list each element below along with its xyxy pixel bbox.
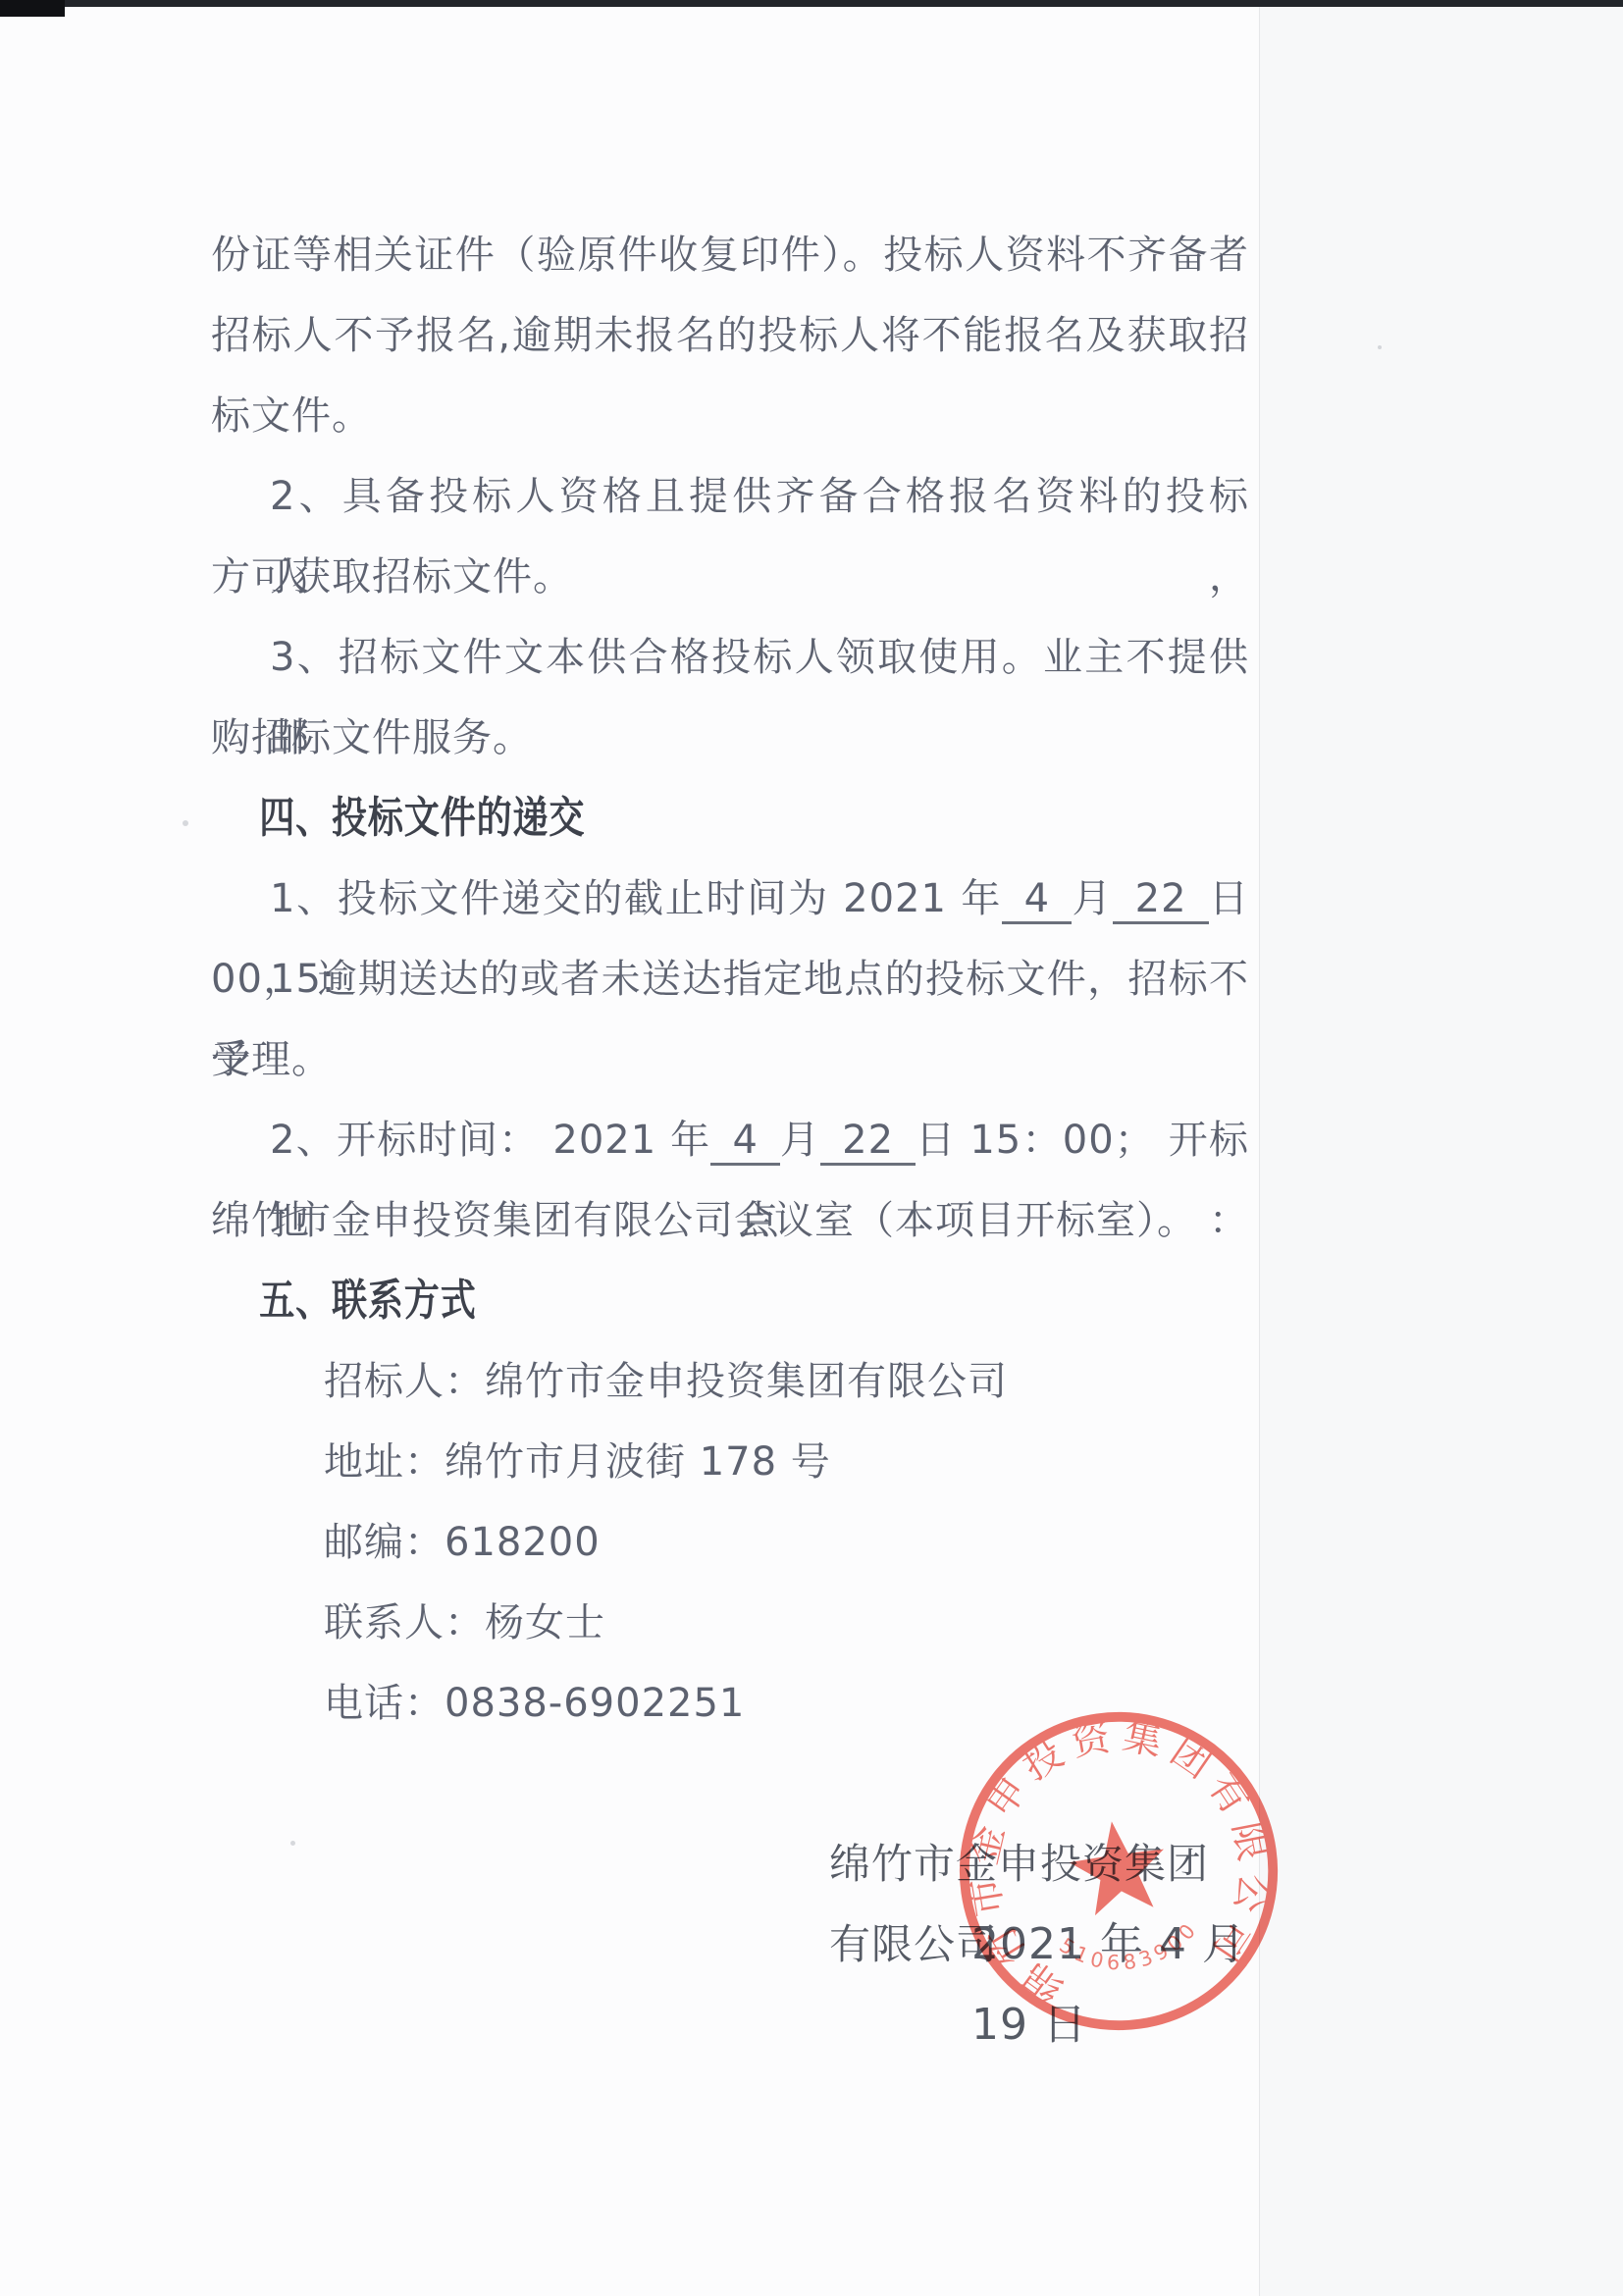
filled-blank: 4: [710, 1118, 779, 1166]
text-segment: 2、开标时间： 2021 年: [270, 1118, 710, 1163]
heading-line: 五、联系方式: [211, 1261, 1063, 1341]
text-line: 00， 逾期送达的或者未送达指定地点的投标文件，招标不予: [211, 939, 1249, 1019]
text-line: 受理。: [211, 1019, 1249, 1100]
text-line: 1、投标文件递交的截止时间为 2021 年 4 月 22 日 15:: [211, 859, 1249, 939]
text-line: 3、招标文件文本供合格投标人领取使用。业主不提供邮: [211, 617, 1249, 698]
scanned-document-page: 份证等相关证件（验原件收复印件）。投标人资料不齐备者招标人不予报名,逾期未报名的…: [0, 0, 1623, 2296]
text-line: 标文件。: [211, 376, 1249, 456]
filled-blank: 22: [1113, 876, 1209, 924]
scan-right-shade: [1260, 0, 1623, 2296]
filled-blank: 22: [820, 1118, 916, 1166]
seal-star-icon: [1065, 1815, 1172, 1918]
text-line: 份证等相关证件（验原件收复印件）。投标人资料不齐备者: [211, 215, 1249, 295]
text-line: 招标人不予报名,逾期未报名的投标人将不能报名及获取招: [211, 295, 1249, 376]
filled-blank: 4: [1002, 876, 1072, 924]
text-line: 邮编：618200: [211, 1502, 1249, 1583]
text-line: 联系人：杨女士: [211, 1583, 1249, 1663]
text-line: 地址：绵竹市月波街 178 号: [211, 1422, 1249, 1502]
text-line: 购招标文件服务。: [211, 698, 1249, 778]
text-line: 绵竹市金申投资集团有限公司会议室（本项目开标室）。: [211, 1180, 1249, 1261]
text-line: 2、开标时间： 2021 年 4 月 22 日 15：00； 开标地点：: [211, 1100, 1249, 1180]
scan-speck: [183, 820, 188, 826]
text-segment: 月: [1072, 876, 1113, 921]
text-segment: 月: [780, 1118, 820, 1163]
scan-corner-mark: [0, 0, 65, 17]
company-seal-stamp: 绵竹市金申投资集团有限公司 510683900219: [933, 1686, 1303, 2056]
text-line: 2、具备投标人资格且提供齐备合格报名资料的投标人，: [211, 456, 1249, 537]
scan-speck: [1378, 345, 1382, 349]
text-line: 招标人：绵竹市金申投资集团有限公司: [211, 1341, 1249, 1422]
text-segment: 1、投标文件递交的截止时间为 2021 年: [270, 876, 1002, 921]
heading-line: 四、投标文件的递交: [211, 778, 1063, 859]
